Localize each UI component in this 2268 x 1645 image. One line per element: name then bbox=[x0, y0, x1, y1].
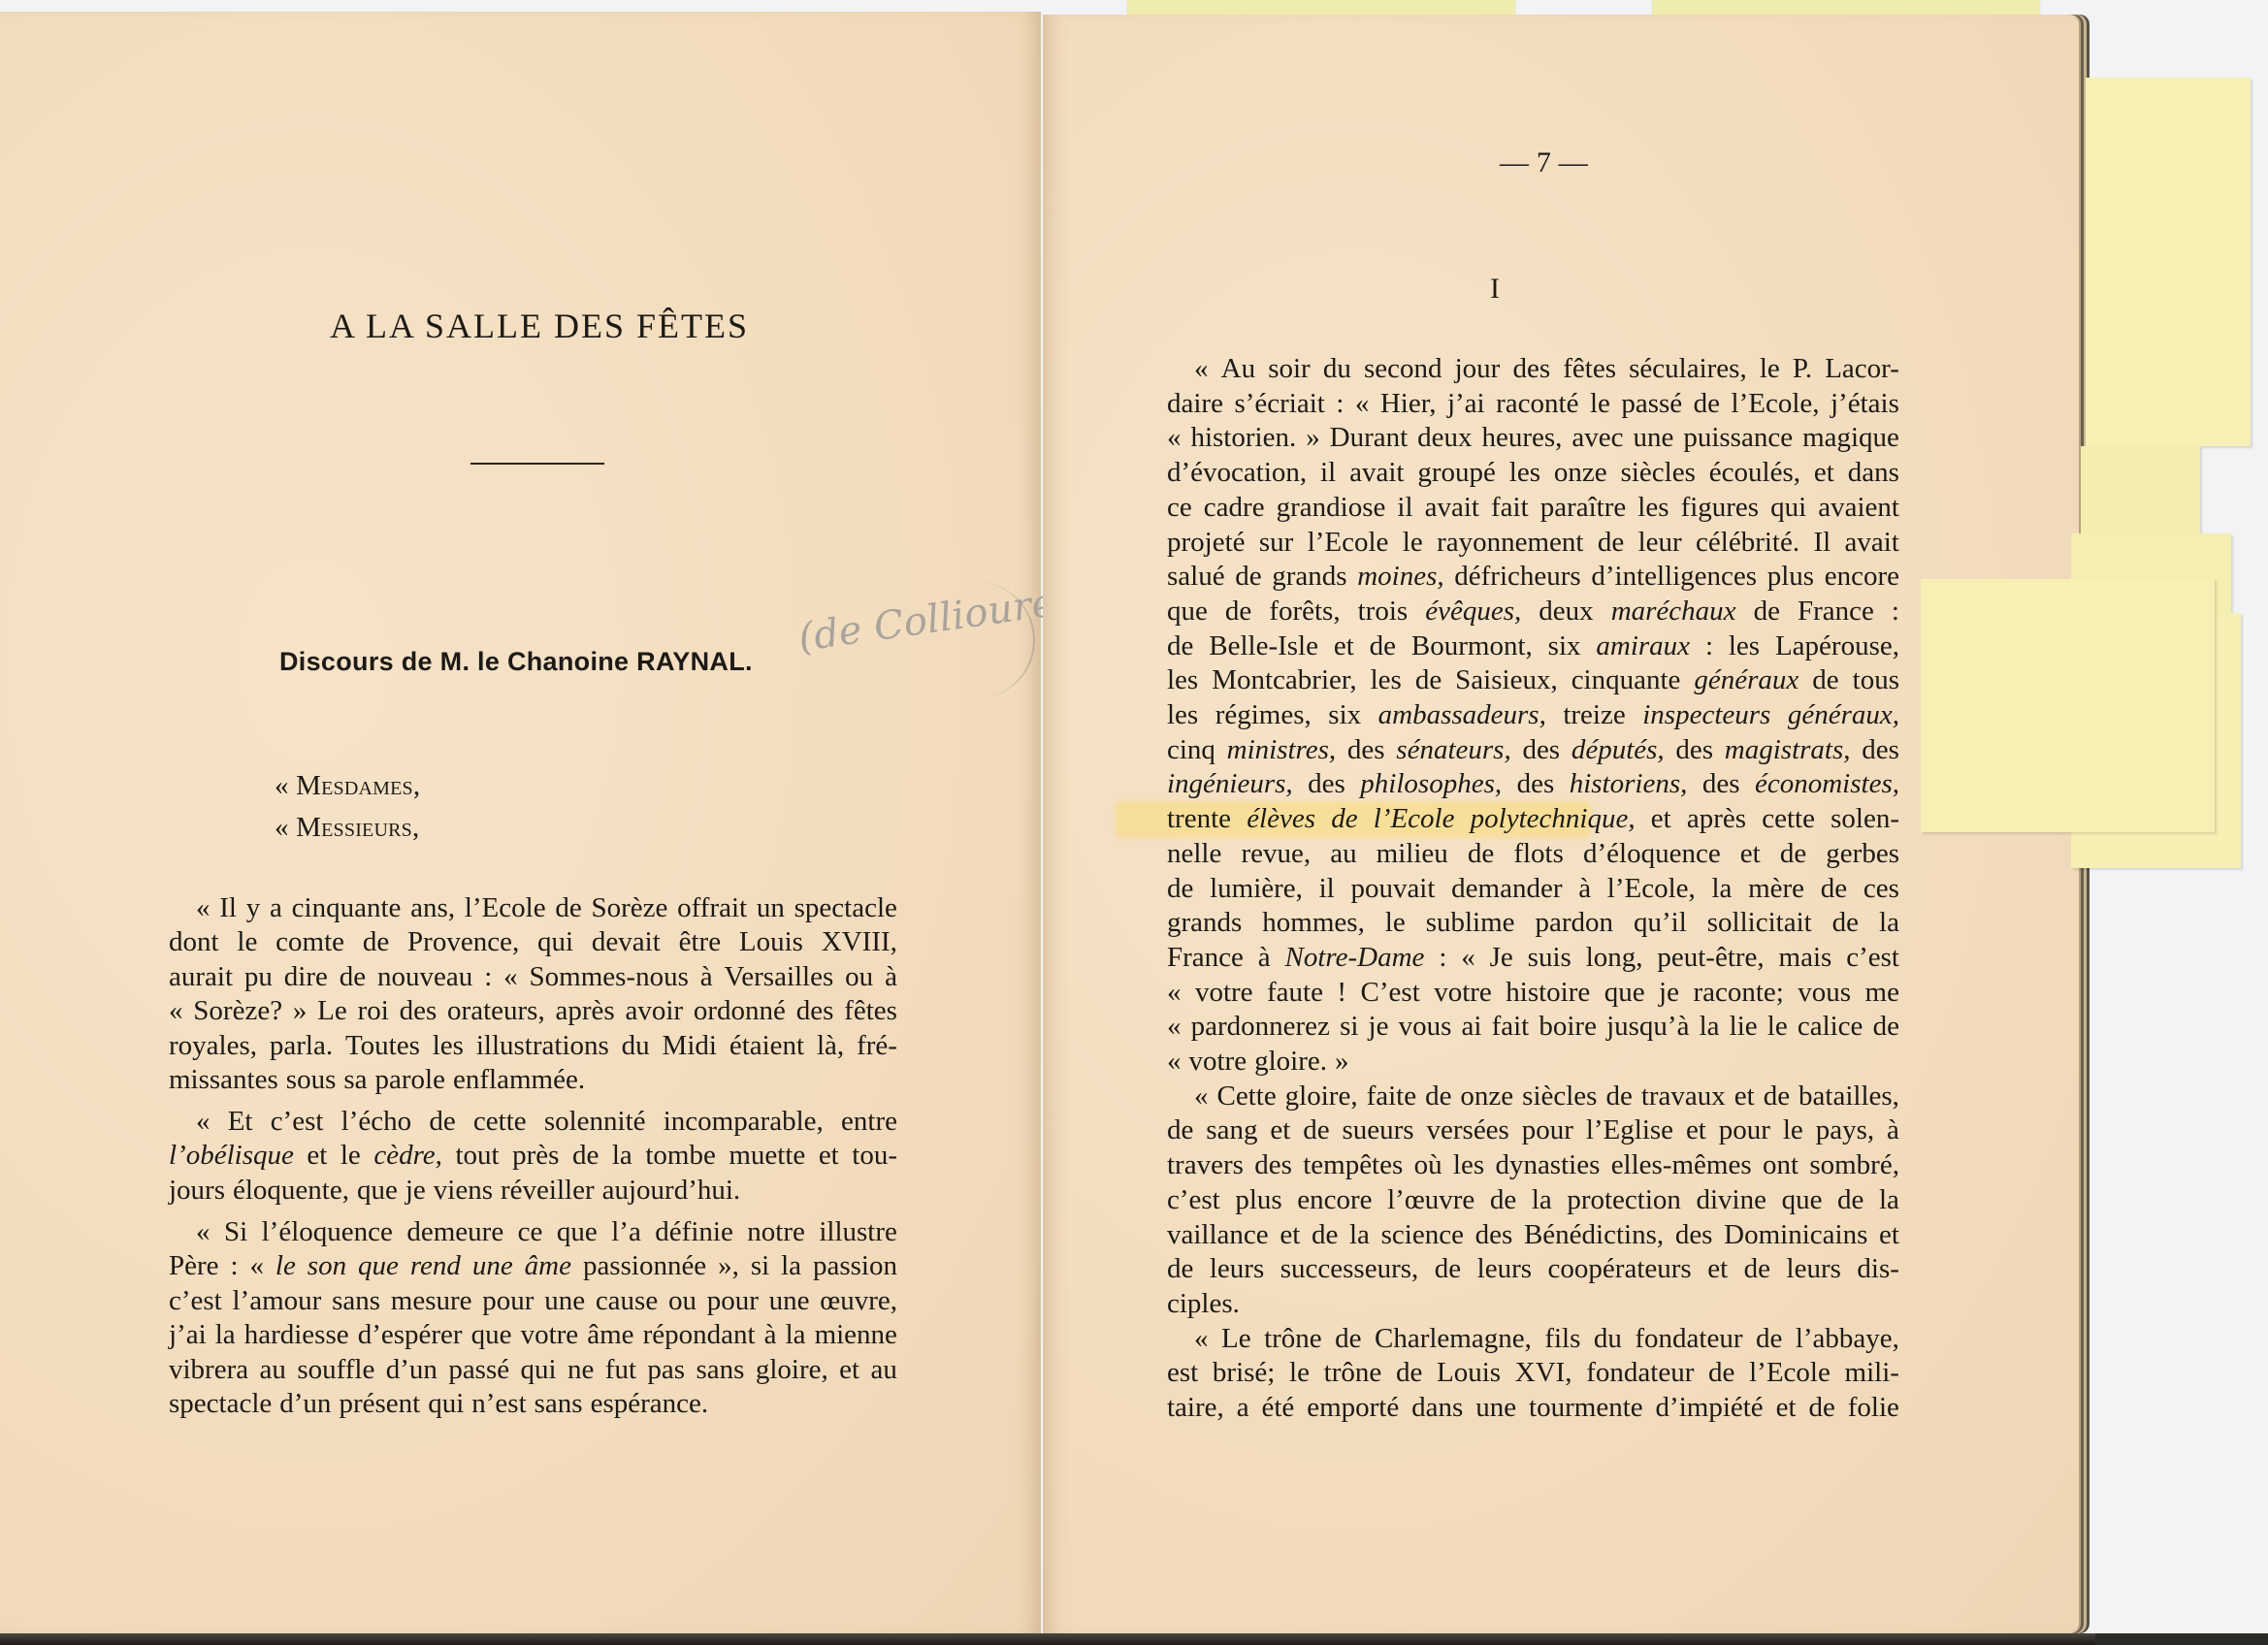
right-body-line: cecadregrandioseilavaitfaitparaîtrelesfi… bbox=[1167, 490, 1899, 525]
sticky-tab-top-2 bbox=[1652, 0, 2040, 15]
book-bottom-edge bbox=[0, 1633, 2095, 1645]
left-body-line: «Ilyacinquanteans,l’EcoledeSorèzeoffrait… bbox=[196, 890, 897, 925]
left-body-line: «Sil’éloquencedemeurecequel’adéfinienotr… bbox=[196, 1214, 897, 1249]
speech-heading: Discours de M. le Chanoine RAYNAL. bbox=[279, 644, 753, 679]
title-rule-divider bbox=[470, 463, 604, 465]
right-body-line: daires’écriait:«Hier,j’airacontélepasséd… bbox=[1167, 386, 1899, 421]
right-body-line: quedeforêts,troisévêques,deuxmaréchauxde… bbox=[1167, 594, 1899, 629]
left-body-line: j’ailahardiessed’espérerquevotreâmerépon… bbox=[169, 1317, 897, 1352]
right-body-line: trenteélèvesdel’Ecolepolytechnique,etapr… bbox=[1167, 801, 1899, 836]
left-body-line: «Sorèze?»Leroidesorateurs,aprèsavoirordo… bbox=[169, 993, 897, 1028]
right-body-line: vaillanceetdelasciencedesBénédictins,des… bbox=[1167, 1217, 1899, 1252]
right-body-line: deleurssuccesseurs,deleurscoopérateurset… bbox=[1167, 1251, 1899, 1286]
left-body-line: jourséloquente,quejeviensréveilleraujour… bbox=[169, 1173, 897, 1208]
right-body-line: «pardonnerezsijevousaifaitboirejusqu’àla… bbox=[1167, 1009, 1899, 1044]
right-body-line: d’évocation,ilavaitgroupélesonzesièclesé… bbox=[1167, 455, 1899, 490]
right-body-line: grandshommes,lesublimepardonqu’ilsollici… bbox=[1167, 905, 1899, 940]
right-body-line: «votrefaute!C’estvotrehistoirequejeracon… bbox=[1167, 975, 1899, 1010]
right-body-line: lesrégimes,sixambassadeurs,treizeinspect… bbox=[1167, 697, 1899, 732]
right-body-line: ingénieurs,desphilosophes,deshistoriens,… bbox=[1167, 766, 1899, 801]
right-body-line: cinqministres,dessénateurs,desdéputés,de… bbox=[1167, 732, 1899, 767]
right-body-line: desangetdesueursverséespourl’Egliseetpou… bbox=[1167, 1113, 1899, 1147]
left-body-line: vibreraausouffled’unpasséquinefutpassans… bbox=[169, 1352, 897, 1387]
left-body-line: dontlecomtedeProvence,quidevaitêtreLouis… bbox=[169, 924, 897, 959]
right-body-line: «votregloire.» bbox=[1167, 1044, 1899, 1079]
right-body-line: projetésurl’Ecolelerayonnementdeleurcélé… bbox=[1167, 525, 1899, 560]
section-number: I bbox=[1490, 272, 1500, 306]
page-number: — 7 — bbox=[1500, 145, 1588, 180]
left-body-line: royales,parla.TouteslesillustrationsduMi… bbox=[169, 1028, 897, 1063]
right-body-line: FranceàNotre-Dame:«Jesuislong,peut-être,… bbox=[1167, 940, 1899, 975]
right-body-line: traversdestempêtesoùlesdynastieselles-mê… bbox=[1167, 1147, 1899, 1182]
left-body-line: auraitpudiredenouveau:«Sommes-nousàVersa… bbox=[169, 959, 897, 994]
right-body-line: c’estplusencorel’œuvredelaprotectiondivi… bbox=[1167, 1182, 1899, 1217]
right-body-line: taire,aétéemportédansunetourmented’impié… bbox=[1167, 1390, 1899, 1425]
left-body-line: Père:«lesonquerenduneâmepassionnée»,sila… bbox=[169, 1248, 897, 1283]
right-body-line: «Cettegloire,faitedeonzesièclesdetravaux… bbox=[1194, 1079, 1899, 1113]
sticky-note-2 bbox=[2081, 446, 2200, 535]
left-body-line: l’obélisqueetlecèdre,toutprèsdelatombemu… bbox=[169, 1138, 897, 1173]
right-body-line: «historien.»Durantdeuxheures,avecunepuis… bbox=[1167, 420, 1899, 455]
right-body-line: saluédegrandsmoines,défricheursd’intelli… bbox=[1167, 559, 1899, 594]
left-body-line: spectacled’unprésentquin’estsansespéranc… bbox=[169, 1386, 897, 1421]
left-body-line: missantessoussaparoleenflammée. bbox=[169, 1062, 897, 1097]
right-body-line: «Ausoirdusecondjourdesfêtesséculaires,le… bbox=[1194, 351, 1899, 386]
left-body-line: «Etc’estl’échodecettesolennitéincomparab… bbox=[196, 1104, 897, 1139]
right-body-line: ciples. bbox=[1167, 1286, 1899, 1321]
chapter-title: A LA SALLE DES FÊTES bbox=[330, 308, 749, 343]
right-body-line: deBelle-IsleetdeBourmont,sixamiraux:lesL… bbox=[1167, 629, 1899, 663]
right-body-line: estbrisé;letrônedeLouisXVI,fondateurdel’… bbox=[1167, 1355, 1899, 1390]
right-body-line: lesMontcabrier,lesdeSaisieux,cinquantegé… bbox=[1167, 662, 1899, 697]
right-body-line: delumière,ilpouvaitdemanderàl’Ecole,lamè… bbox=[1167, 871, 1899, 906]
sticky-note-1 bbox=[2086, 78, 2251, 446]
salutation-messieurs: « Messieurs, bbox=[275, 810, 419, 845]
sticky-tab-top-1 bbox=[1127, 0, 1515, 15]
right-body-line: nellerevue,aumilieudeflotsd’éloquenceetd… bbox=[1167, 836, 1899, 871]
right-body-line: «LetrônedeCharlemagne,filsdufondateurdel… bbox=[1194, 1321, 1899, 1356]
sticky-note-4 bbox=[1921, 579, 2215, 832]
left-body-line: c’estl’amoursansmesurepourunecauseoupour… bbox=[169, 1283, 897, 1318]
salutation-mesdames: « Mesdames, bbox=[275, 768, 420, 803]
